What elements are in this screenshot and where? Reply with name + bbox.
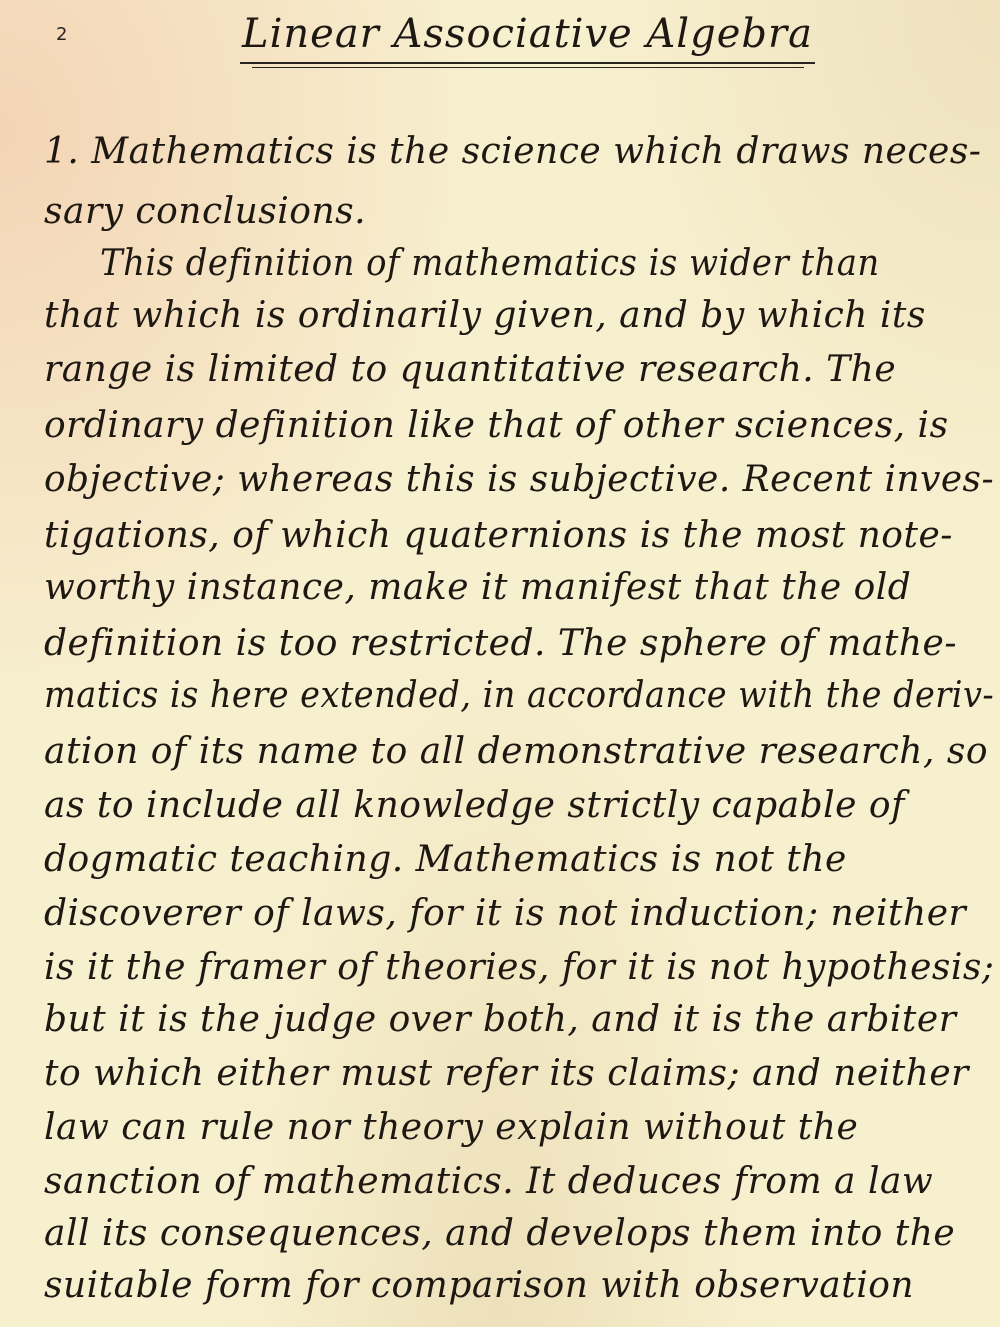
page-title: Linear Associative Algebra — [240, 8, 815, 60]
text-line: suitable form for comparison with observ… — [44, 1262, 994, 1310]
text-line: sanction of mathematics. It deduces from… — [44, 1158, 994, 1206]
text-line: to which either must refer its claims; a… — [44, 1050, 994, 1098]
text-line: sary conclusions. — [44, 188, 994, 236]
text-line: that which is ordinarily given, and by w… — [44, 292, 994, 340]
text-line: ation of its name to all demonstrative r… — [44, 728, 994, 776]
text-line: dogmatic teaching. Mathematics is not th… — [44, 836, 994, 884]
title-underline-second — [252, 67, 804, 68]
text-line: matics is here extended, in accordance w… — [44, 672, 929, 720]
title-underline — [240, 62, 815, 64]
page-title-block: Linear Associative Algebra — [240, 8, 815, 68]
text-line: 1. Mathematics is the science which draw… — [44, 128, 994, 176]
text-line: discoverer of laws, for it is not induct… — [44, 890, 994, 938]
text-line: as to include all knowledge strictly cap… — [44, 782, 994, 830]
text-line: range is limited to quantitative researc… — [44, 346, 994, 394]
text-line: all its consequences, and develops them … — [44, 1210, 994, 1258]
text-line: is it the framer of theories, for it is … — [44, 944, 992, 992]
text-line: tigations, of which quaternions is the m… — [44, 512, 994, 560]
text-line: definition is too restricted. The sphere… — [44, 620, 994, 668]
page-number: 2 — [56, 24, 67, 45]
text-line: law can rule nor theory explain without … — [44, 1104, 994, 1152]
text-line: worthy instance, make it manifest that t… — [44, 564, 994, 612]
text-line: This definition of mathematics is wider … — [100, 240, 994, 288]
text-line: ordinary definition like that of other s… — [44, 402, 994, 450]
manuscript-page: 2 Linear Associative Algebra 1. Mathemat… — [0, 0, 1000, 1327]
text-line: objective; whereas this is subjective. R… — [44, 456, 990, 504]
text-line: but it is the judge over both, and it is… — [44, 996, 994, 1044]
